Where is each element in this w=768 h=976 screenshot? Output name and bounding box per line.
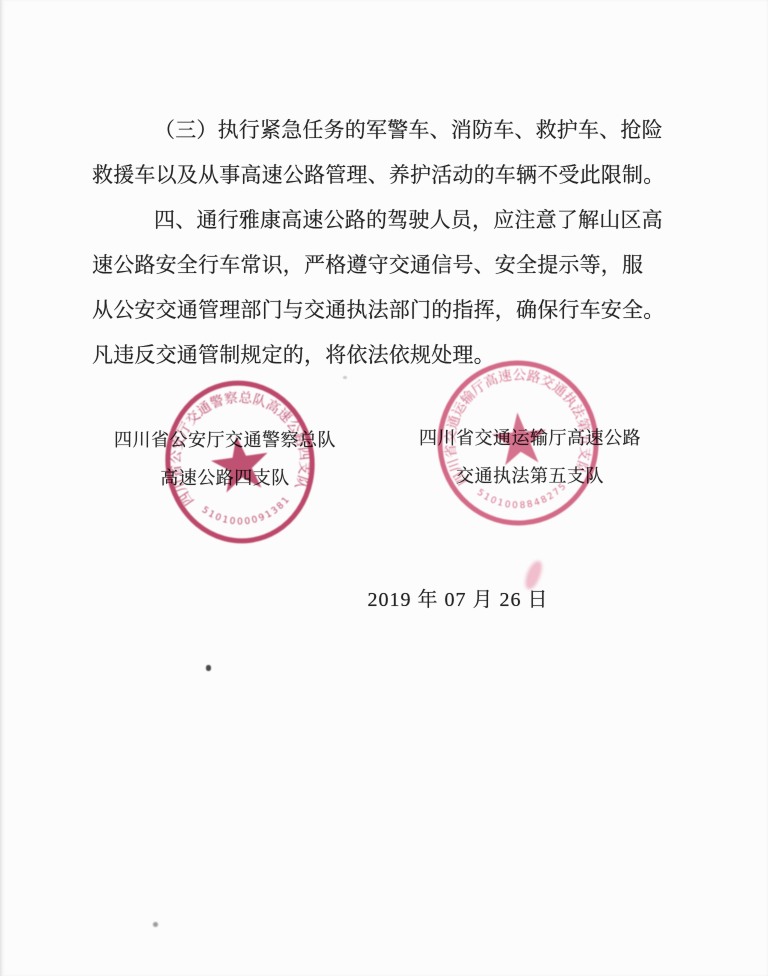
body-line: 速公路安全行车常识，严格遵守交通信号、安全提示等，服 [92, 243, 677, 288]
body-line: （三）执行紧急任务的军警车、消防车、救护车、抢险 [92, 108, 677, 153]
scan-edge-shadow [0, 0, 3, 976]
body-line: 四、通行雅康高速公路的驾驶人员，应注意了解山区高 [92, 198, 677, 243]
scan-speck [343, 376, 347, 379]
body-paragraphs: （三）执行紧急任务的军警车、消防车、救护车、抢险 救援车以及从事高速公路管理、养… [92, 108, 677, 378]
body-line: 救援车以及从事高速公路管理、养护活动的车辆不受此限制。 [92, 153, 677, 198]
seal-star-icon [208, 432, 272, 494]
official-seal-enforcement-icon: 四川省交通运输厅高速公路交通执法第五支队 5101008848275 [433, 355, 603, 536]
scanned-document-page: （三）执行紧急任务的军警车、消防车、救护车、抢险 救援车以及从事高速公路管理、养… [0, 0, 768, 976]
seal-star-icon [490, 410, 548, 466]
body-line: 从公安交通管理部门与交通执法部门的指挥，确保行车安全。 [92, 288, 677, 333]
scan-speck [206, 665, 211, 671]
scan-speck [153, 922, 158, 927]
document-date: 2019 年 07 月 26 日 [348, 583, 568, 612]
official-seal-police-icon: 四川省公安厅交通警察总队高速公路四支队 5101000091381 [160, 374, 320, 555]
